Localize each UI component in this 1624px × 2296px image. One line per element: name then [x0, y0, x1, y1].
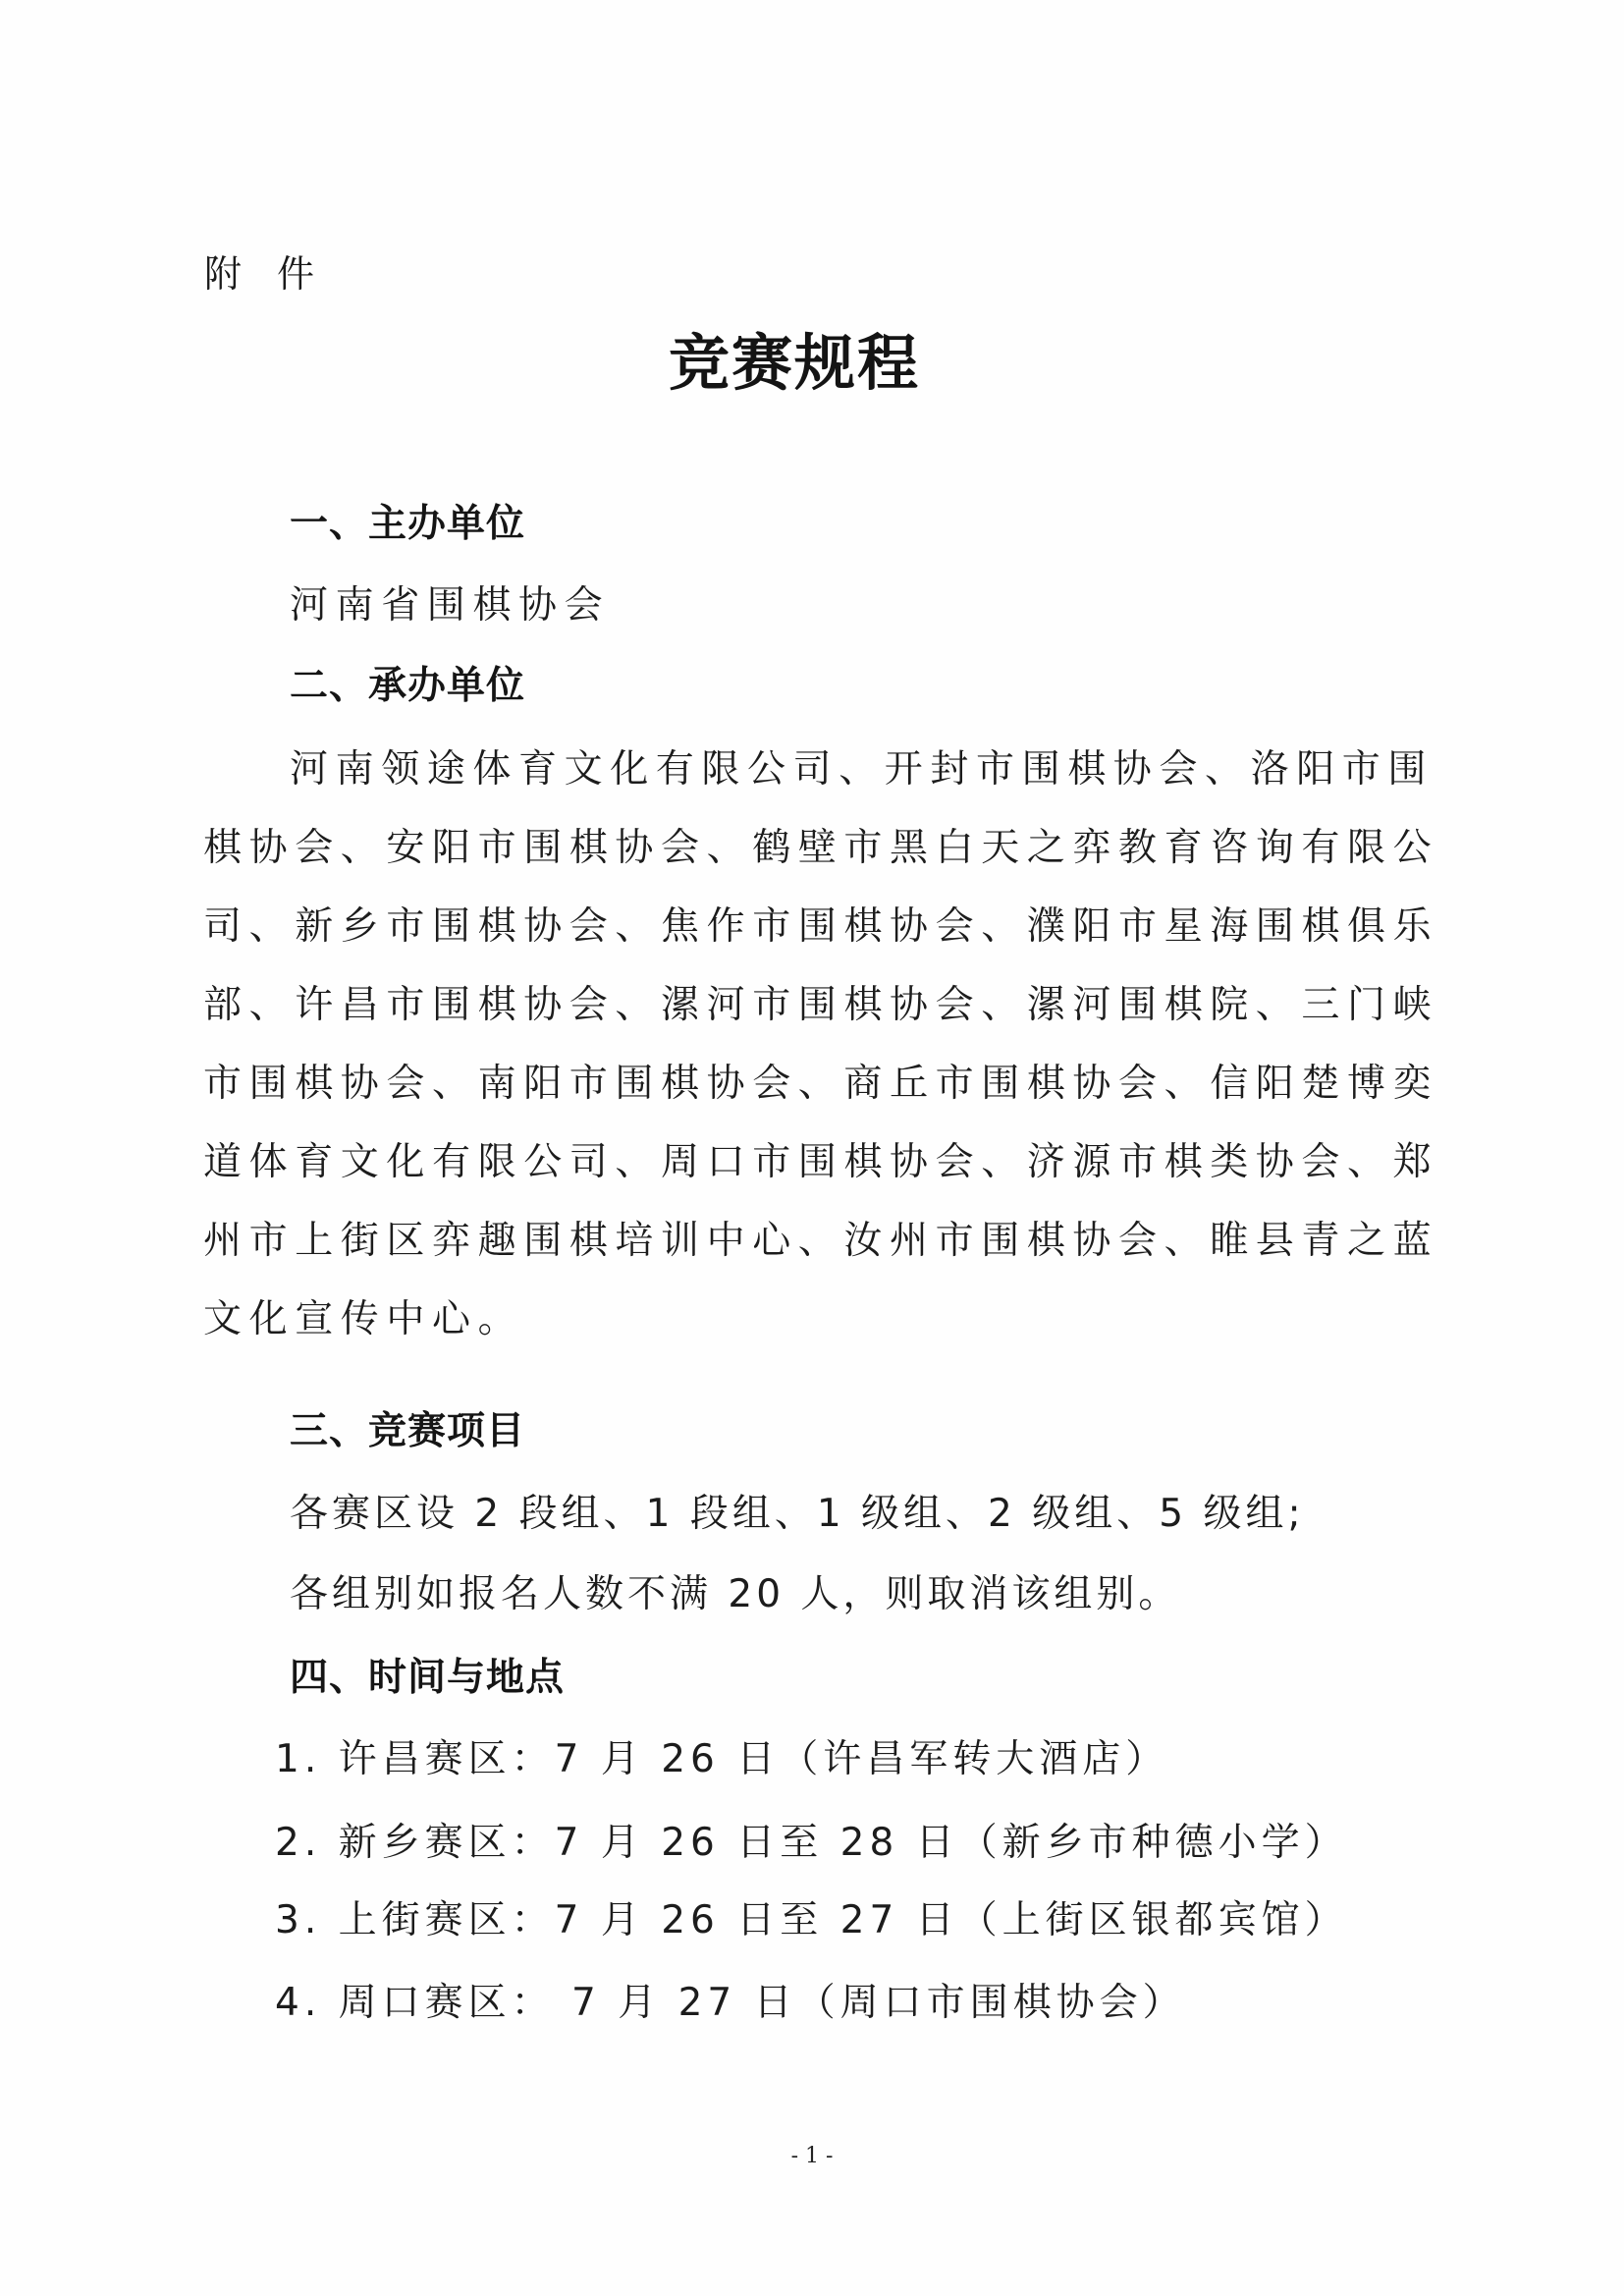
section-heading-co-organizer: 二、承办单位 [290, 655, 525, 710]
co-organizer-line: 棋协会、安阳市围棋协会、鹤壁市黑白天之弈教育咨询有限公 [203, 817, 1438, 872]
events-line: 各组别如报名人数不满 20 人，则取消该组别。 [290, 1563, 1180, 1618]
co-organizer-line: 文化宣传中心。 [203, 1288, 523, 1343]
co-organizer-line: 市围棋协会、南阳市围棋协会、商丘市围棋协会、信阳楚博奕 [203, 1053, 1438, 1108]
page-number: - 1 - [0, 2144, 1624, 2168]
co-organizer-line: 州市上街区弈趣围棋培训中心、汝州市围棋协会、睢县青之蓝 [203, 1210, 1438, 1265]
section-heading-organizer: 一、主办单位 [290, 493, 525, 548]
venue-item-shangjie: 3. 上街赛区：7 月 26 日至 27 日（上街区银都宾馆） [275, 1889, 1348, 1944]
section-heading-events: 三、竞赛项目 [290, 1400, 525, 1455]
document-title-text: 竞赛规程 [669, 314, 920, 402]
attachment-label: 附件 [204, 244, 350, 298]
venue-item-zhoukou: 4. 周口赛区： 7 月 27 日（周口市围棋协会） [275, 1972, 1186, 2027]
document-page: 附件 竞赛规程 一、主办单位 河南省围棋协会 二、承办单位 河南领途体育文化有限… [0, 0, 1624, 2296]
section-heading-time-venue: 四、时间与地点 [290, 1647, 565, 1702]
document-title: 竞赛规程 [0, 314, 1624, 402]
co-organizer-line: 司、新乡市围棋协会、焦作市围棋协会、濮阳市星海围棋俱乐 [203, 896, 1438, 951]
co-organizer-line: 部、许昌市围棋协会、漯河市围棋协会、漯河围棋院、三门峡 [203, 974, 1438, 1029]
venue-item-xinxiang: 2. 新乡赛区：7 月 26 日至 28 日（新乡市种德小学） [275, 1812, 1348, 1867]
organizer-text: 河南省围棋协会 [290, 574, 610, 629]
co-organizer-line: 道体育文化有限公司、周口市围棋协会、济源市棋类协会、郑 [203, 1131, 1438, 1186]
venue-item-xuchang: 1. 许昌赛区：7 月 26 日（许昌军转大酒店） [275, 1728, 1168, 1783]
events-line: 各赛区设 2 段组、1 段组、1 级组、2 级组、5 级组; [290, 1483, 1305, 1538]
co-organizer-line: 河南领途体育文化有限公司、开封市围棋协会、洛阳市围 [290, 738, 1434, 793]
